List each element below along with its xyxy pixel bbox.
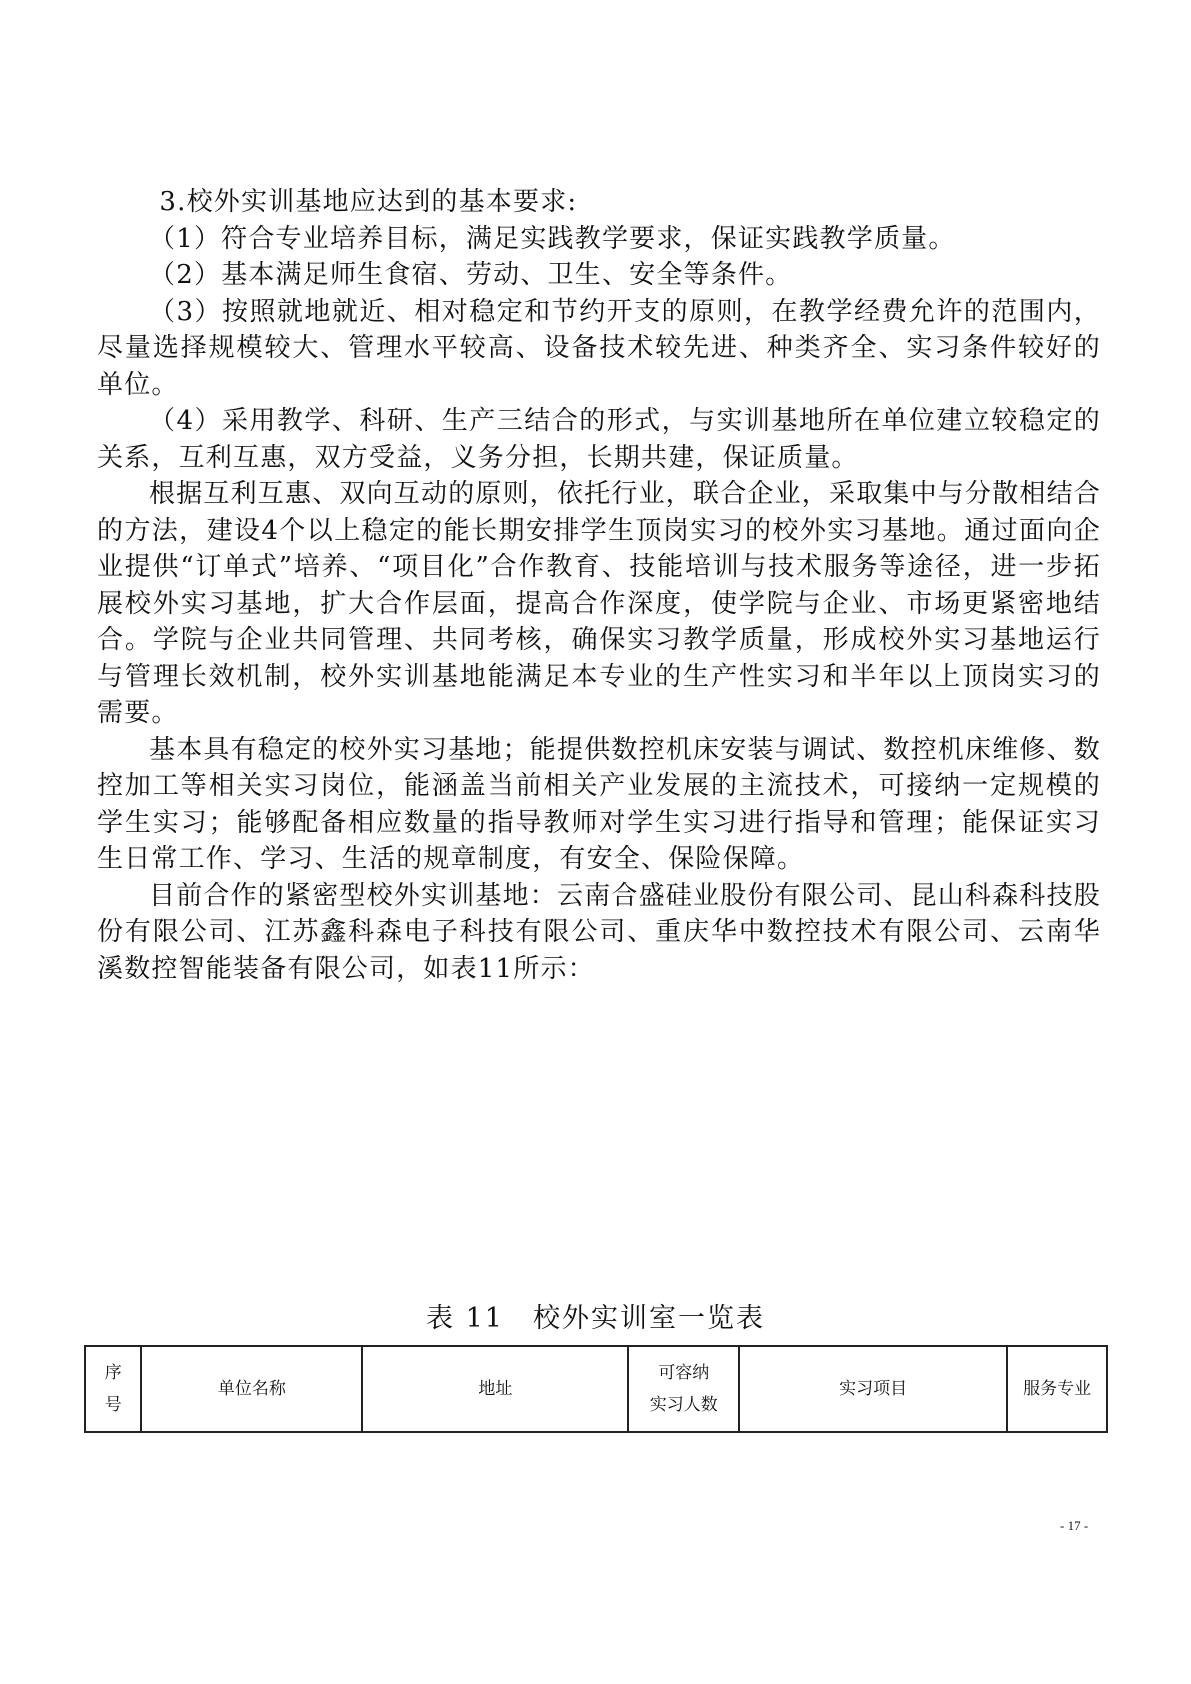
document-page: 3.校外实训基地应达到的基本要求: （1）符合专业培养目标，满足实践教学要求，保…	[0, 0, 1191, 1684]
requirement-3: （3）按照就地就近、相对稳定和节约开支的原则，在教学经费允许的范围内，尽量选择规…	[97, 294, 1101, 404]
paragraph-principles: 根据互利互惠、双向互动的原则，依托行业，联合企业，采取集中与分散相结合的方法，建…	[97, 476, 1101, 732]
header-seq: 序 号	[85, 1346, 141, 1432]
body-text: 3.校外实训基地应达到的基本要求: （1）符合专业培养目标，满足实践教学要求，保…	[97, 184, 1101, 987]
header-address: 地址	[362, 1346, 628, 1432]
table-caption: 表 11 校外实训室一览表	[0, 1301, 1191, 1337]
header-majors: 服务专业	[1007, 1346, 1107, 1432]
section-heading-requirements: 3.校外实训基地应达到的基本要求:	[97, 184, 1101, 221]
requirement-1: （1）符合专业培养目标，满足实践教学要求，保证实践教学质量。	[97, 221, 1101, 258]
header-capacity-line2: 实习人数	[629, 1389, 738, 1421]
header-seq-line1: 序	[86, 1357, 140, 1389]
table-header-row: 序 号 单位名称 地址 可容纳 实习人数 实习项目 服务专业	[85, 1346, 1107, 1432]
training-base-table: 序 号 单位名称 地址 可容纳 实习人数 实习项目 服务专业	[84, 1345, 1108, 1433]
requirement-4: （4）采用教学、科研、生产三结合的形式，与实训基地所在单位建立较稳定的关系，互利…	[97, 403, 1101, 476]
paragraph-partners: 目前合作的紧密型校外实训基地：云南合盛硅业股份有限公司、昆山科森科技股份有限公司…	[97, 878, 1101, 988]
header-unit-name: 单位名称	[141, 1346, 362, 1432]
requirement-2: （2）基本满足师生食宿、劳动、卫生、安全等条件。	[97, 257, 1101, 294]
page-number: - 17 -	[1060, 1518, 1088, 1534]
header-projects: 实习项目	[739, 1346, 1007, 1432]
header-capacity: 可容纳 实习人数	[628, 1346, 739, 1432]
header-seq-line2: 号	[86, 1389, 140, 1421]
header-capacity-line1: 可容纳	[629, 1357, 738, 1389]
paragraph-base-conditions: 基本具有稳定的校外实习基地；能提供数控机床安装与调试、数控机床维修、数控加工等相…	[97, 732, 1101, 878]
